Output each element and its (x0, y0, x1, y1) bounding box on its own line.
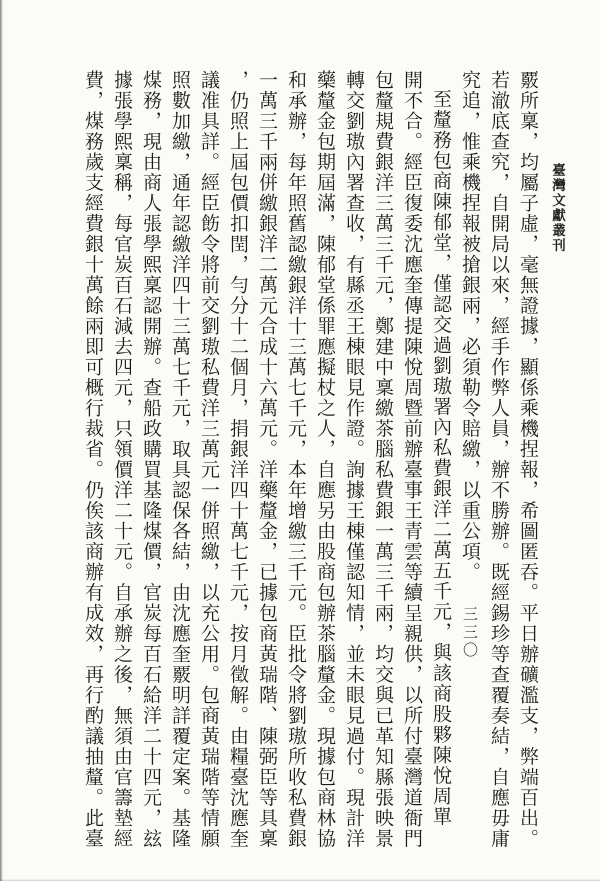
text-column: 煤務，現由商人張學熙稟認開辦。查船政購買基隆煤價，官炭每百石給洋二十四元，玆 (136, 70, 165, 852)
text-column: 包釐規費銀洋三萬三千元，鄭建中稟繳茶腦私費銀一萬三千兩，均交與已革知縣張映景 (368, 70, 397, 852)
text-columns: 覈所稟，均屬子虛，毫無證據，顯係乘機捏報，希圖匿吞。平日辦礦濫支，弊端百出。若澈… (78, 70, 542, 852)
text-column: 一萬三千兩併繳銀洋二萬元合成十六萬元。洋藥釐金，已據包商黃瑞階、陳弼臣等具稟 (252, 70, 281, 852)
scan-edge-left (0, 0, 3, 881)
text-column: 開不合。經臣復委沈應奎傳提陳悅周暨前辦臺事王青雲等續呈親供，以所付臺灣道衙門 (397, 70, 426, 852)
text-column: 藥釐金包期屆滿，陳郁堂係罪應擬杖之人，自應另由股商包辦茶腦釐金。現據包商林協 (310, 70, 339, 852)
book-page: 臺灣文獻叢刊 三三〇 覈所稟，均屬子虛，毫無證據，顯係乘機捏報，希圖匿吞。平日辦… (0, 0, 600, 881)
text-column: 費，煤務歲支經費銀十萬餘兩即可概行裁省。仍俟該商辦有成效，再行酌議抽釐。此臺 (78, 70, 107, 852)
text-column: 究追，惟乘機捏報被搶銀兩，必須勒令賠繳，以重公項。 (455, 70, 484, 852)
text-column: 和承辦，每年照舊認繳銀洋十三萬七千元，本年增繳三千元。臣批令將劉璈所收私費銀 (281, 70, 310, 852)
text-column: 議准具詳。經臣飭令將前交劉璈私費洋三萬元一併照繳，以充公用。包商黃瑞階等情願 (194, 70, 223, 852)
text-column: 照數加繳，通年認繳洋四十三萬七千元，取具認保各結，由沈應奎覈明詳覆定案。基隆 (165, 70, 194, 852)
text-column: 覈所稟，均屬子虛，毫無證據，顯係乘機捏報，希圖匿吞。平日辦礦濫支，弊端百出。 (513, 70, 542, 852)
text-column: 若澈底查究，自開局以來，經手作弊人員，辦不勝辦。既經錫珍等查覆奏結，自應毋庸 (484, 70, 513, 852)
text-column: ，仍照上屆包價扣閏，勻分十二個月，捐銀洋四十萬七千元，按月徵解。由糧臺沈應奎 (223, 70, 252, 852)
text-column: 至釐務包商陳郁堂，僅認交過劉璈署內私費銀洋二萬五千元，與該商股夥陳悅周單 (426, 70, 455, 852)
text-column: 轉交劉璈內署查收，有縣丞王棟眼見作證。詢據王棟僅認知情，並未眼見過付。現計洋 (339, 70, 368, 852)
running-title: 臺灣文獻叢刊 (547, 163, 567, 253)
text-column: 據張學熙稟稱，每官炭百石減去四元，只領價洋二十元。自承辦之後，無須由官籌墊經 (107, 70, 136, 852)
